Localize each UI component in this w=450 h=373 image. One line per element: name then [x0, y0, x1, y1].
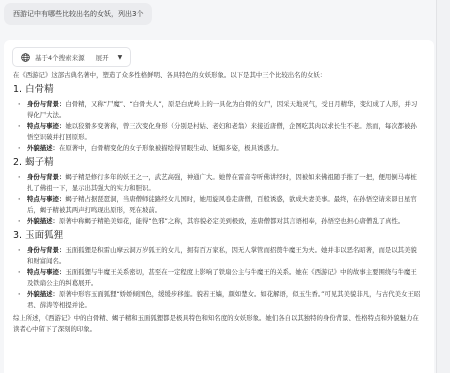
- expand-label: 展开: [96, 53, 109, 62]
- section-title-xiezijing: 2. 蝎子精: [13, 156, 423, 169]
- section-title-baigujing: 1. 白骨精: [13, 83, 423, 96]
- list-item: 特点与事迹：她以狡猾多变著称，曾三次变化身形（分别是村姑、老妇和老翁）来接近唐僧…: [13, 121, 423, 143]
- section-list-yumianhuli: 身份与背景：玉面狐狸是积雷山摩云洞万岁狐王的女儿，拥有百万家私，因无人掌管而招赘…: [13, 245, 423, 311]
- list-item: 特点与事迹：玉面狐狸与牛魔王关系密切，甚至在一定程度上影响了铁扇公主与牛魔王的关…: [13, 267, 423, 289]
- scrollbar-track[interactable]: [436, 0, 450, 373]
- list-item: 身份与背景：玉面狐狸是积雷山摩云洞万岁狐王的女儿，拥有百万家私，因无人掌管而招赘…: [13, 245, 423, 267]
- assistant-answer-card: 基于4个搜索来源 展开 ▼ 在《西游记》这部古典名著中，塑造了众多性格鲜明、各具…: [4, 40, 434, 373]
- answer-summary: 综上所述，《西游记》中的白骨精、蝎子精和玉面狐狸都是极具特色和知名度的女妖形象。…: [13, 313, 423, 335]
- globe-icon: [21, 53, 30, 62]
- list-item: 外貌描述：在原著中，白骨精变化的女子形象被描绘得冒眼生动、妩媚多姿，极具诱惑力。: [13, 143, 423, 154]
- list-item: 外貌描述：原著中形容玉面狐狸“娇娇倾国色，缓缓步移莲。貌若王嫱，颜如楚女。如花解…: [13, 289, 423, 311]
- user-message-row: 西游记中有哪些比较出名的女妖，列出3个: [4, 3, 152, 25]
- section-list-xiezijing: 身份与背景：蝎子精是修行多年的妖王之一，武艺高强，神通广大。她曾在雷音寺听佛讲经…: [13, 172, 423, 227]
- chevron-down-icon: ▼: [118, 54, 123, 61]
- answer-content: 在《西游记》这部古典名著中，塑造了众多性格鲜明、各具特色的女妖形象。以下是其中三…: [13, 70, 423, 335]
- list-item: 特点与事迹：蝎子精占据琵琶洞，当唐僧师徒路经女儿国时，她用旋风卷走唐僧，百般诱惑…: [13, 194, 423, 216]
- list-item: 身份与背景：蝎子精是修行多年的妖王之一，武艺高强，神通广大。她曾在雷音寺听佛讲经…: [13, 172, 423, 194]
- answer-intro: 在《西游记》这部古典名著中，塑造了众多性格鲜明、各具特色的女妖形象。以下是其中三…: [13, 70, 423, 81]
- sources-expand-button[interactable]: 基于4个搜索来源 展开 ▼: [12, 47, 131, 67]
- section-title-yumianhuli: 3. 玉面狐狸: [13, 229, 423, 242]
- list-item: 身份与背景：白骨精，又称“尸魔”、“白骨夫人”，原是白虎岭上的一具化为白骨的女尸…: [13, 99, 423, 121]
- sources-label: 基于4个搜索来源: [35, 53, 85, 62]
- section-list-baigujing: 身份与背景：白骨精，又称“尸魔”、“白骨夫人”，原是白虎岭上的一具化为白骨的女尸…: [13, 99, 423, 154]
- list-item: 外貌描述：原著中称蝎子精艳美如花，能得“色邪”之称，其容貌必定美到极致，连唐僧都…: [13, 216, 423, 227]
- user-message-bubble: 西游记中有哪些比较出名的女妖，列出3个: [4, 3, 152, 25]
